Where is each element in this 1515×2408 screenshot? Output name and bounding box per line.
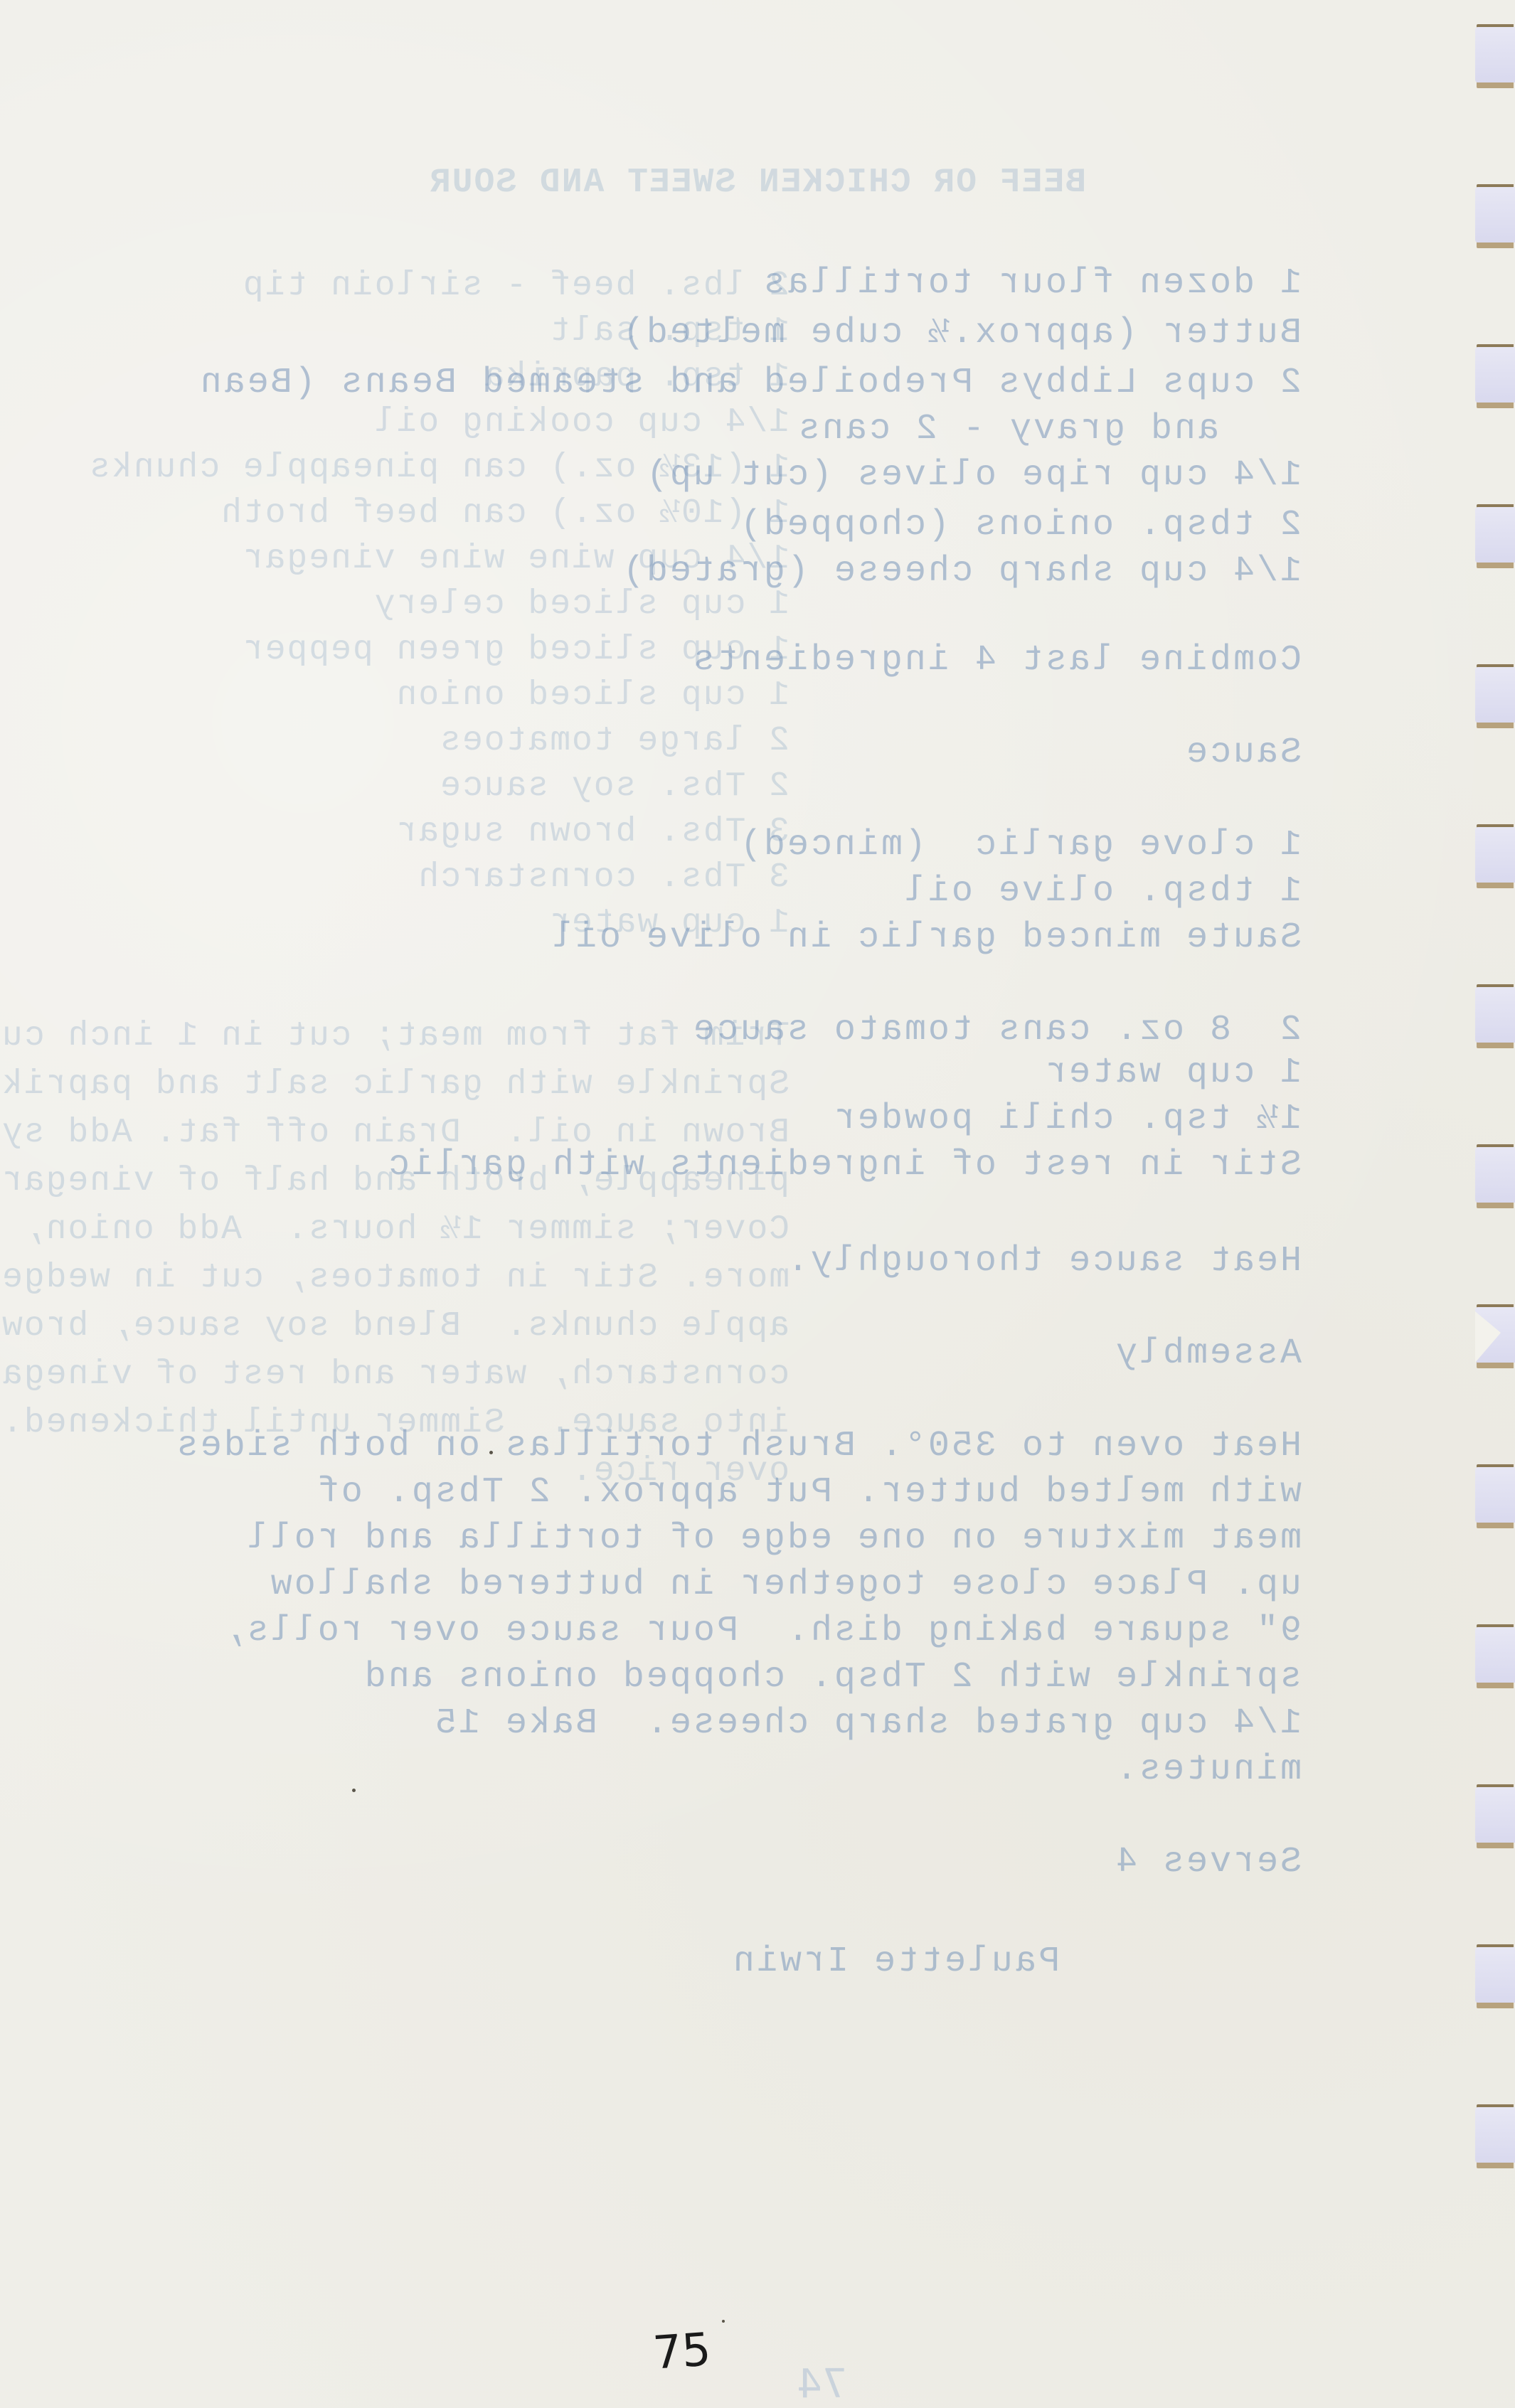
comb-tooth [1475,827,1515,883]
page-number-ghost: 74 [797,2361,847,2407]
dark-recipe-line: 9" square baking dish. Pour sauce over r… [222,1611,1302,1651]
dark-recipe-line: 2 tbsp. onions (chopped) [738,505,1302,545]
dark-recipe-line: 2 8 oz. cans tomato sauce [691,1010,1302,1050]
dark-recipe-line: Combine last 4 ingredients [691,640,1302,681]
comb-tooth [1475,1307,1515,1363]
dark-recipe-line: Assembly [1114,1333,1302,1374]
dark-recipe-line: 1 cup water [1043,1053,1302,1093]
dark-recipe-line: Saute minced garlic in olive oil [551,917,1302,958]
comb-tooth [1475,1627,1515,1683]
dark-recipe-line: sprinkle with 2 Tbsp. chopped onions and [363,1657,1302,1698]
comb-tooth [1475,987,1515,1043]
dark-recipe-line: with melted butter. Put approx. 2 Tbsp. … [316,1472,1302,1513]
dark-recipe-line: 1 tbsp. olive oil [903,871,1302,912]
comb-tooth [1475,27,1515,82]
paper-speck [722,2320,725,2323]
bleed-through-dark: 1 dozen flour tortillasButter (approx.½ … [0,0,1515,2408]
comb-tooth [1475,667,1515,723]
comb-tooth [1475,1787,1515,1843]
dark-recipe-line: Paulette Irwin [731,1941,1060,1982]
dark-recipe-line: meat mixture on one edge of tortilla and… [245,1518,1302,1559]
page-number: 75 [652,2323,713,2380]
dark-recipe-line: 1/4 cup grated sharp cheese. Bake 15 [433,1703,1302,1744]
dark-recipe-line: Heat oven to 350°. Brush tortillas on bo… [175,1426,1302,1466]
cookbook-page: BEEF OR CHICKEN SWEET AND SOUR 2 lbs. be… [0,0,1515,2408]
dark-recipe-line: Stir in rest of ingredients with garlic [386,1145,1302,1186]
comb-tooth [1475,1947,1515,2003]
dark-recipe-line: Butter (approx.½ cube melted) [621,313,1302,353]
comb-tooth [1475,507,1515,563]
dark-recipe-line: 1/4 cup sharp cheese (grated) [621,551,1302,592]
paper-speck [489,1451,493,1454]
dark-recipe-line: 1 clove garlic (minced) [738,825,1302,865]
comb-binding [1469,0,1515,2408]
dark-recipe-line: Sauce [1184,732,1302,773]
dark-recipe-line: Serves 4 [1114,1842,1302,1882]
dark-recipe-line: Heat sauce thoroughly. [785,1241,1302,1282]
dark-recipe-line: 1½ tsp. chili powder [832,1099,1302,1139]
dark-recipe-line: up. Place close together in buttered sha… [269,1565,1302,1605]
comb-tooth [1475,347,1515,403]
dark-recipe-line: minutes. [1114,1749,1302,1790]
dark-recipe-line: 2 cups Libbys Preboiled and steamed Bean… [198,363,1302,403]
paper-speck [352,1789,356,1792]
dark-recipe-line: and gravy - 2 cans [797,409,1266,449]
comb-tooth [1475,2107,1515,2163]
comb-tooth [1475,187,1515,243]
dark-recipe-line: 1 dozen flour tortillas [762,263,1302,304]
comb-tooth [1475,1147,1515,1203]
comb-tooth [1475,1467,1515,1523]
dark-recipe-line: 1/4 cup ripe olives (cut up) [644,455,1302,496]
